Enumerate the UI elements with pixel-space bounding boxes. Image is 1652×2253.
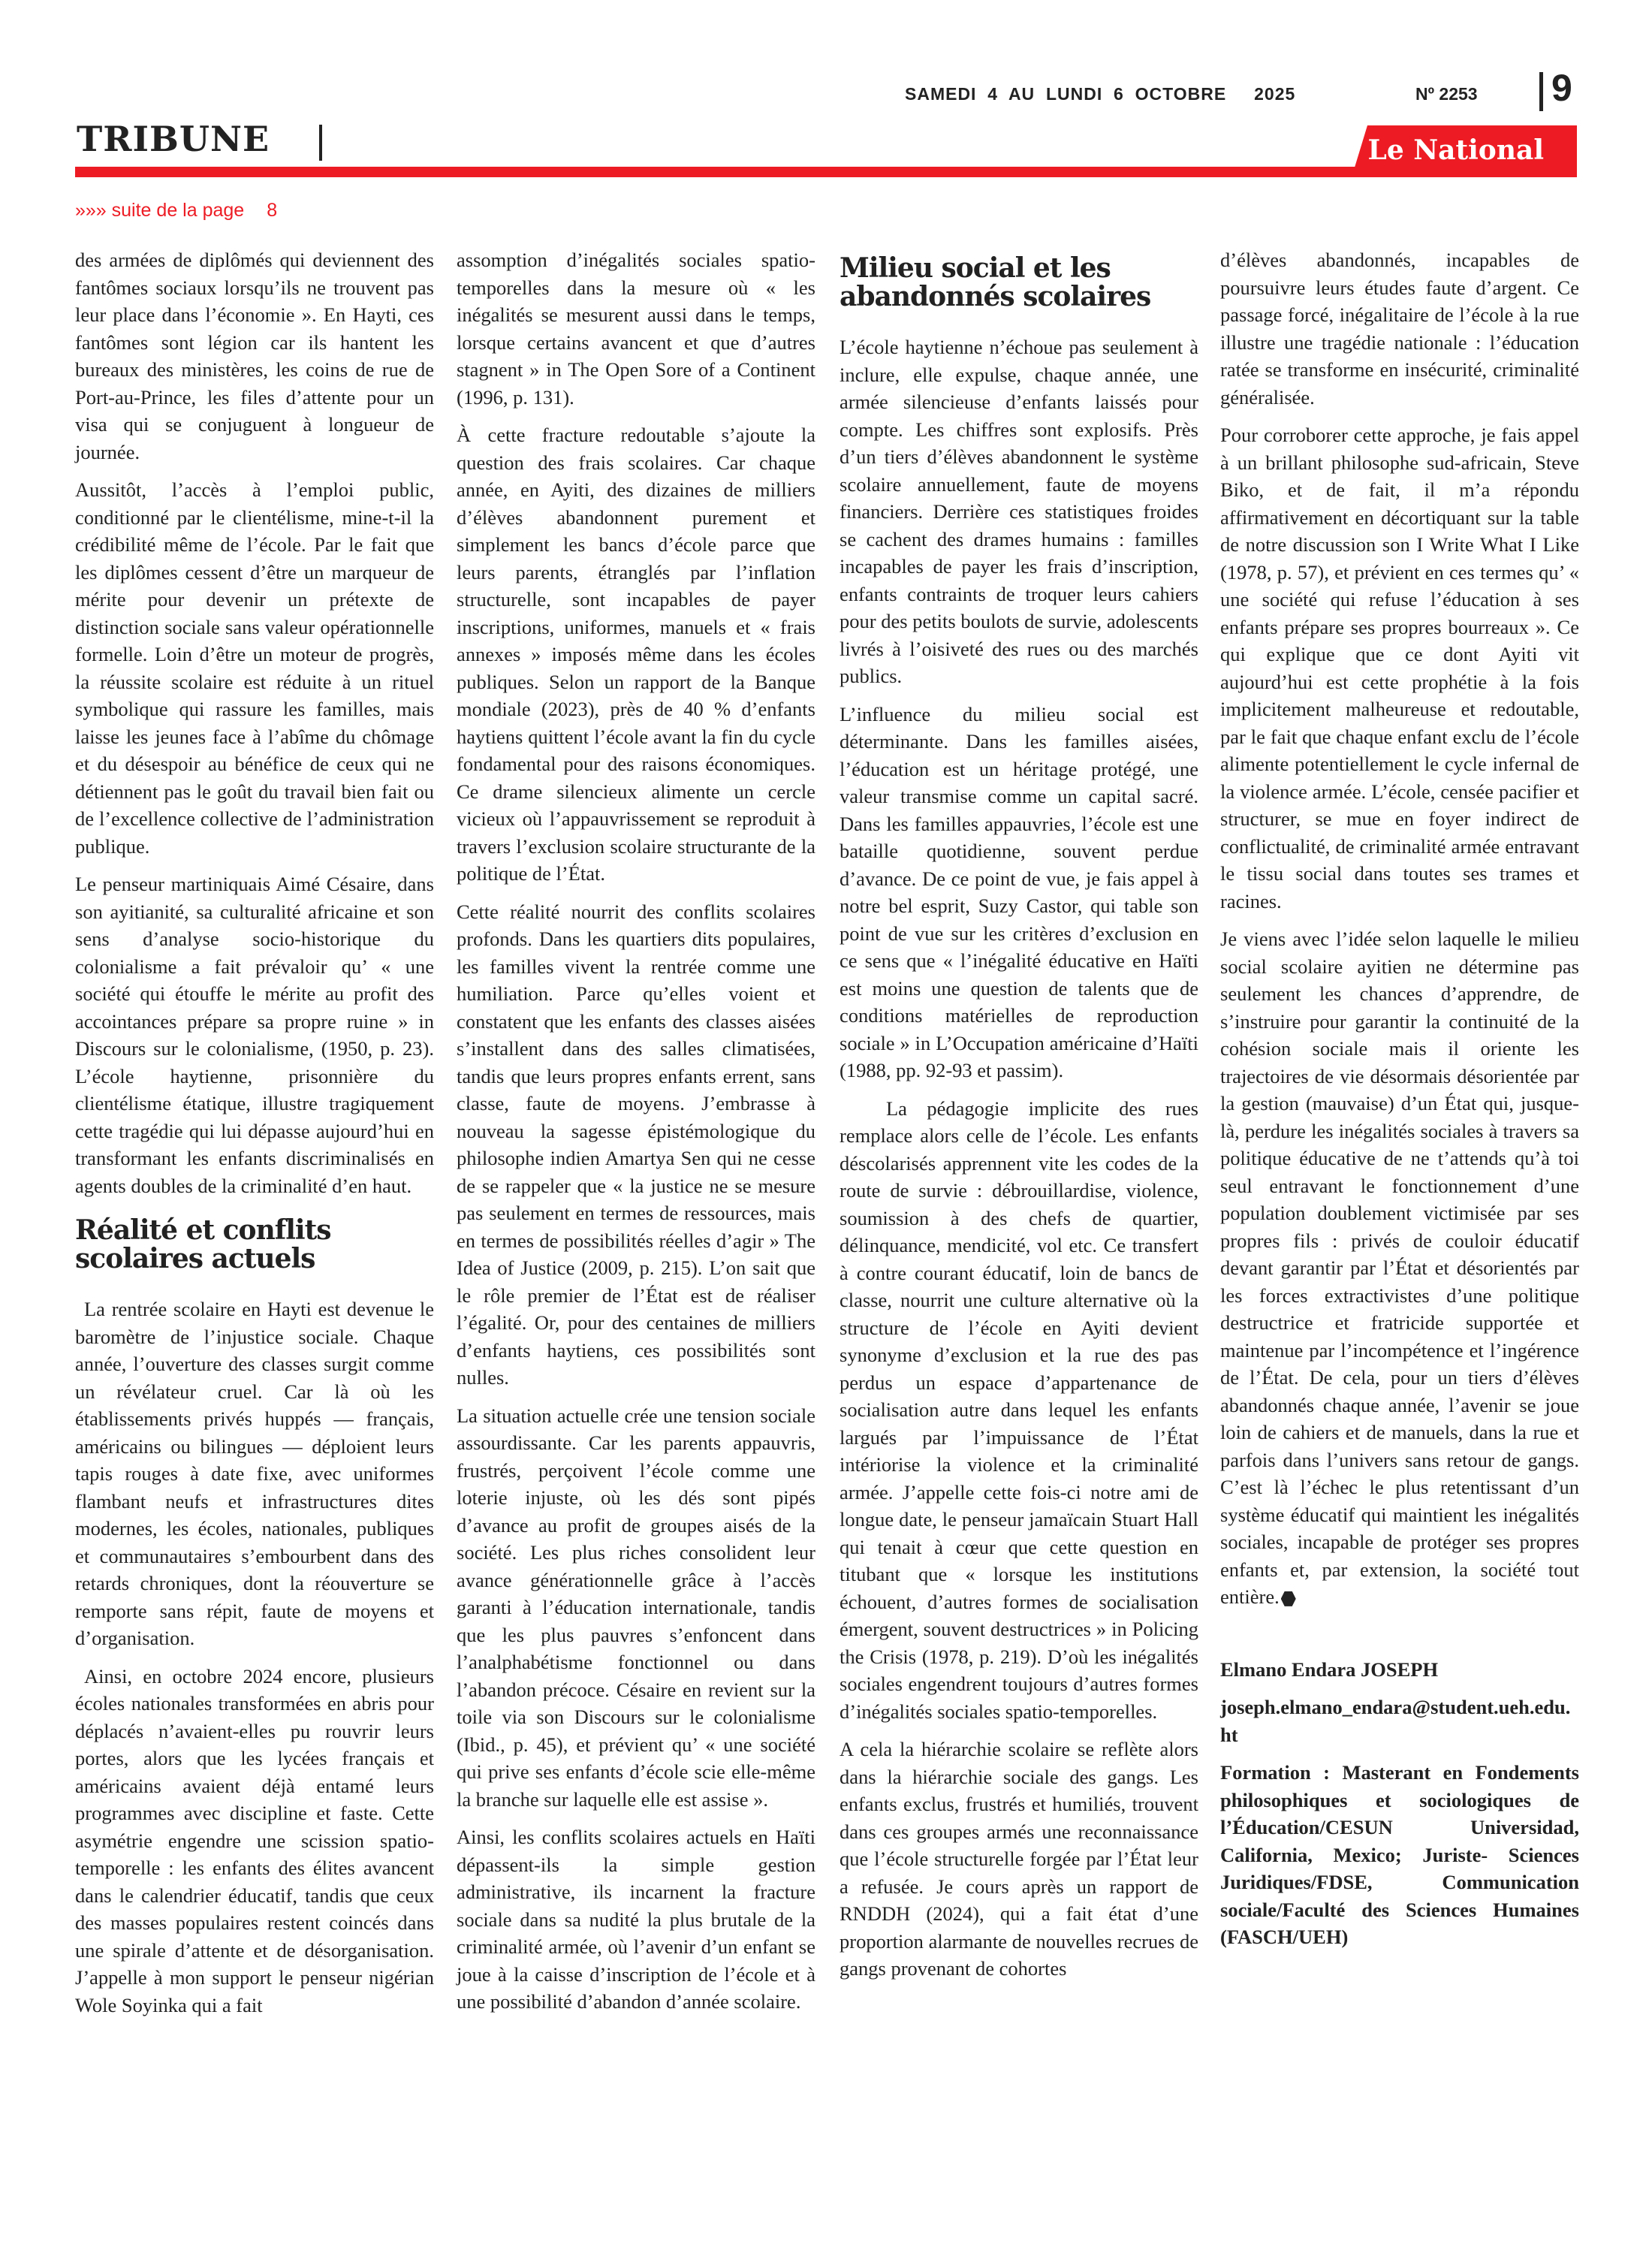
section-title: TRIBUNE <box>77 119 270 159</box>
paragraph: La pédagogie implicite des rues remplace… <box>840 1095 1198 1726</box>
paragraph: assomption d’inégalités sociales spatio-… <box>457 246 815 411</box>
paragraph: Le penseur martiniquais Aimé Césaire, da… <box>75 870 434 1199</box>
paragraph: À cette fracture redoutable s’ajoute la … <box>457 421 815 888</box>
publication-logo: Le National <box>1352 125 1577 177</box>
paragraph: La rentrée scolaire en Hayti est devenue… <box>75 1295 434 1652</box>
closing-paragraph-text: Je viens avec l’idée selon laquelle le m… <box>1220 927 1579 1608</box>
issue-number: Nº 2253 <box>1415 84 1478 104</box>
paragraph: Ainsi, en octobre 2024 encore, plusieurs… <box>75 1663 434 2019</box>
paragraph: Aussitôt, l’accès à l’emploi public, con… <box>75 476 434 860</box>
article-column-1: des armées de diplômés qui deviennent de… <box>75 246 434 2029</box>
paragraph: L’école haytienne n’échoue pas seulement… <box>840 333 1198 690</box>
publication-name: Le National <box>1368 134 1544 166</box>
subheading: Milieu social et les abandonnés scolaire… <box>840 254 1198 311</box>
paragraph: A cela la hiérarchie scolaire se reflète… <box>840 1736 1198 1983</box>
continued-label: »»» suite de la page <box>75 200 244 221</box>
author-credentials: Formation : Masterant en Fondements phil… <box>1220 1759 1579 1951</box>
paragraph: L’influence du milieu social est détermi… <box>840 701 1198 1084</box>
paragraph: Ainsi, les conflits scolaires actuels en… <box>457 1823 815 2016</box>
issue-date: SAMEDI 4 AU LUNDI 6 OCTOBRE 2025 <box>905 84 1295 104</box>
author-email[interactable]: joseph.elmano_endara@student.ueh.edu.ht <box>1220 1694 1579 1748</box>
subheading: Réalité et conflits scolaires actuels <box>75 1216 434 1273</box>
section-divider <box>319 125 322 161</box>
paragraph: Je viens avec l’idée selon laquelle le m… <box>1220 925 1579 1611</box>
article-column-3: Milieu social et les abandonnés scolaire… <box>840 246 1198 1993</box>
continued-from-link[interactable]: »»» suite de la page8 <box>75 200 277 222</box>
end-of-article-icon <box>1281 1591 1296 1606</box>
page-number-divider <box>1539 72 1543 111</box>
author-name: Elmano Endara JOSEPH <box>1220 1656 1579 1684</box>
paragraph: La situation actuelle crée une tension s… <box>457 1402 815 1814</box>
paragraph: d’élèves abandonnés, incapables de pours… <box>1220 246 1579 411</box>
page-number: 9 <box>1551 66 1572 110</box>
article-column-4: d’élèves abandonnés, incapables de pours… <box>1220 246 1579 1962</box>
article-column-2: assomption d’inégalités sociales spatio-… <box>457 246 815 2026</box>
paragraph: Pour corroborer cette approche, je fais … <box>1220 421 1579 915</box>
continued-page-number: 8 <box>267 200 277 221</box>
header-rule <box>75 167 1577 177</box>
paragraph: Cette réalité nourrit des conflits scola… <box>457 898 815 1392</box>
paragraph: des armées de diplômés qui deviennent de… <box>75 246 434 466</box>
